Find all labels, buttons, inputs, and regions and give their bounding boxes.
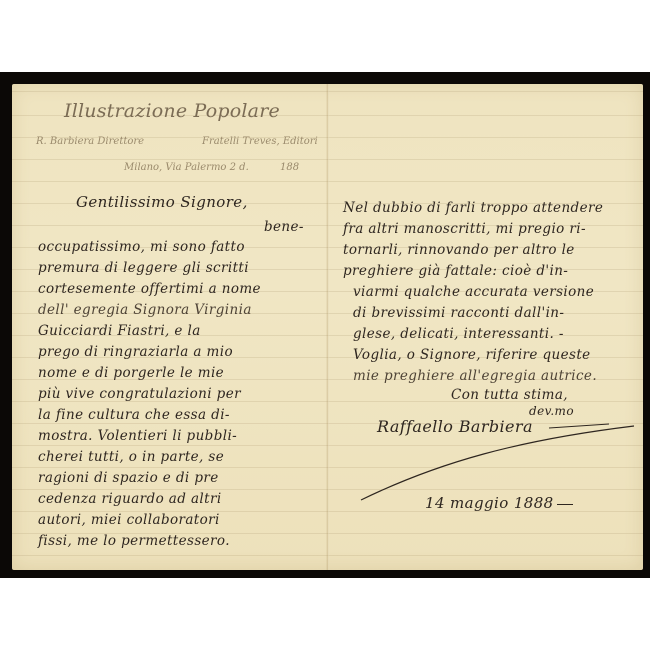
letter-line: glese, delicati, interessanti. - xyxy=(353,326,564,342)
left-page: Illustrazione Popolare R. Barbiera Diret… xyxy=(12,84,326,570)
closing-abbrev: dev.mo xyxy=(529,404,574,418)
letter-line: mostra. Volentieri li pubbli- xyxy=(38,428,237,444)
letter-line: più vive congratulazioni per xyxy=(38,386,241,402)
letterhead-address: Milano, Via Palermo 2 d. xyxy=(124,162,249,173)
letter-line: bene- xyxy=(264,219,304,235)
letterhead-publisher: Fratelli Treves, Editori xyxy=(202,136,318,147)
letter-sheet: Illustrazione Popolare R. Barbiera Diret… xyxy=(12,84,643,570)
letter-line: nome e di porgerle le mie xyxy=(38,365,224,381)
letter-date: 14 maggio 1888 xyxy=(425,494,573,512)
right-page: Nel dubbio di farli troppo attendere fra… xyxy=(329,84,643,570)
letter-line: di brevissimi racconti dall'in- xyxy=(353,305,564,321)
closing: Con tutta stima, xyxy=(451,387,568,403)
letter-line: premura di leggere gli scritti xyxy=(38,260,249,276)
signature-flourish-icon xyxy=(359,422,639,502)
letter-line: Guicciardi Fiastri, e la xyxy=(38,323,201,339)
letter-line: fra altri manoscritti, mi pregio ri- xyxy=(343,221,586,237)
letter-line: fissi, me lo permettessero. xyxy=(38,533,230,549)
letter-line: Nel dubbio di farli troppo attendere xyxy=(343,200,603,216)
letterhead-year: 188 xyxy=(280,162,299,173)
letter-line: la fine cultura che essa di- xyxy=(38,407,230,423)
letter-line: dell' egregia Signora Virginia xyxy=(38,302,252,318)
letter-line: occupatissimo, mi sono fatto xyxy=(38,239,245,255)
letter-line: prego di ringraziarla a mio xyxy=(38,344,233,360)
letter-line: Voglia, o Signore, riferire queste xyxy=(353,347,591,363)
letter-line: cedenza riguardo ad altri xyxy=(38,491,222,507)
letter-line: cherei tutti, o in parte, se xyxy=(38,449,224,465)
letterhead-director: R. Barbiera Direttore xyxy=(36,136,144,147)
letter-line: tornarli, rinnovando per altro le xyxy=(343,242,575,258)
letterhead-title: Illustrazione Popolare xyxy=(64,100,280,122)
letter-line: cortesemente offertimi a nome xyxy=(38,281,261,297)
salutation: Gentilissimo Signore, xyxy=(76,193,248,211)
letter-line: preghiere già fattale: cioè d'in- xyxy=(343,263,568,279)
letter-line: viarmi qualche accurata versione xyxy=(353,284,594,300)
letter-line: mie preghiere all'egregia autrice. xyxy=(353,368,597,384)
letter-line: autori, miei collaboratori xyxy=(38,512,220,528)
letter-line: ragioni di spazio e di pre xyxy=(38,470,219,486)
